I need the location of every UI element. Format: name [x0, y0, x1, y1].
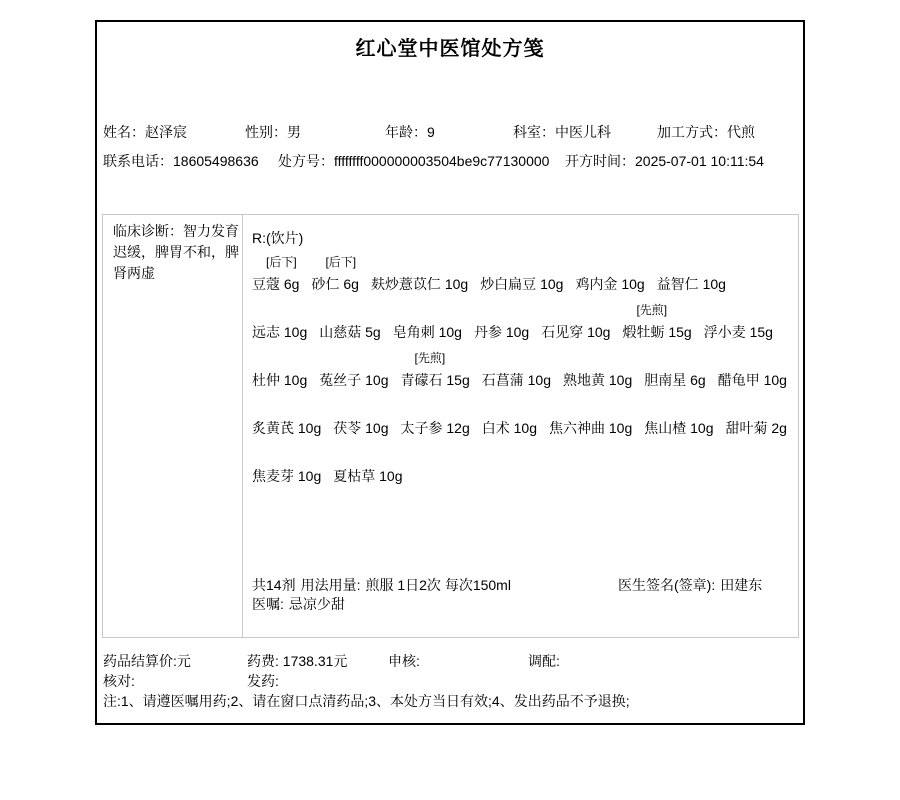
dispense-field: 发药:: [247, 671, 279, 691]
medicine-annotation: [333, 445, 402, 466]
department-field: 科室：中医儿科: [513, 122, 611, 142]
total-doses: 共14剂: [252, 577, 296, 593]
processing-method-value: 代煎: [727, 124, 755, 140]
medicine-annotation: [704, 301, 773, 322]
medicine-annotation: [541, 301, 610, 322]
medicine-item: 鸡内金 10g: [575, 253, 644, 294]
medicine-item: 茯苓 10g: [333, 397, 388, 438]
medicine-item: [后下]砂仁 6g: [311, 253, 358, 294]
medicine-annotation: [252, 301, 307, 322]
medicine-item: 焦六神曲 10g: [549, 397, 632, 438]
medicine-name-dose: 熟地黄 10g: [563, 370, 632, 390]
medicine-annotation: [482, 349, 551, 370]
clinical-diagnosis-label: 临床诊断: [113, 223, 169, 239]
medicine-annotation: [549, 397, 632, 418]
medicine-item: 菟丝子 10g: [319, 349, 388, 390]
medicine-fee-field: 药费: 1738.31元: [247, 651, 347, 671]
medicine-item: [后下]豆蔻 6g: [252, 253, 299, 294]
medicine-item: 丹参 10g: [474, 301, 529, 342]
prescription-number-label: 处方号: [278, 153, 320, 169]
patient-age-field: 年龄：9: [385, 122, 435, 142]
medicine-line: 焦麦芽 10g夏枯草 10g: [252, 445, 794, 493]
medicine-item: 胆南星 6g: [644, 349, 705, 390]
medicine-annotation: [后下]: [252, 253, 299, 274]
medicine-name-dose: 皂角刺 10g: [393, 322, 462, 342]
medicine-item: 夏枯草 10g: [333, 445, 402, 486]
medicine-annotation: [371, 253, 468, 274]
medicine-item: 益智仁 10g: [657, 253, 726, 294]
medicine-name-dose: 益智仁 10g: [657, 274, 726, 294]
medicine-name-dose: 太子参 12g: [401, 418, 470, 438]
medicine-annotation: [393, 301, 462, 322]
prescription-time-field: 开方时间：2025-07-01 10:11:54: [565, 151, 764, 171]
medicine-name-dose: 焦六神曲 10g: [549, 418, 632, 438]
medicine-item: 山慈菇 5g: [319, 301, 380, 342]
settlement-price-field: 药品结算价:元: [103, 651, 191, 671]
medicine-name-dose: 青礞石 15g: [401, 370, 470, 390]
review-field: 申核:: [388, 651, 420, 671]
patient-name-label: 姓名: [103, 124, 131, 140]
usage-value: 煎服 1日2次 每次150ml: [365, 577, 510, 593]
check-field: 核对:: [103, 671, 135, 691]
prescription-number-value: ffffffff000000003504be9c77130000: [334, 153, 549, 169]
medicine-item: 醋龟甲 10g: [718, 349, 787, 390]
medical-advice-value: 忌凉少甜: [289, 596, 345, 612]
medicine-annotation: [480, 253, 563, 274]
medicine-annotation: [319, 301, 380, 322]
contact-phone-value: 18605498636: [173, 153, 259, 169]
medical-advice-label: 医嘱:: [252, 596, 284, 612]
colon-separator: ：: [169, 223, 183, 239]
medicine-annotation: [726, 397, 787, 418]
medicine-item: 熟地黄 10g: [563, 349, 632, 390]
medicine-item: 皂角刺 10g: [393, 301, 462, 342]
medicine-annotation: [先煎]: [401, 349, 470, 370]
medicine-annotation: [482, 397, 537, 418]
diagnosis-column: 临床诊断：智力发育迟缓，脾胃不和，脾肾两虚: [103, 215, 243, 637]
medicine-item: 焦山楂 10g: [644, 397, 713, 438]
colon-separator: ：: [413, 124, 427, 140]
medicine-item: 麸炒薏苡仁 10g: [371, 253, 468, 294]
medical-advice: 医嘱:忌凉少甜: [252, 594, 345, 614]
medicine-name-dose: 夏枯草 10g: [333, 466, 402, 486]
medicine-annotation: [401, 397, 470, 418]
medicine-annotation: [657, 253, 726, 274]
medicine-name-dose: 石见穿 10g: [541, 322, 610, 342]
medicine-name-dose: 胆南星 6g: [644, 370, 705, 390]
medicine-name-dose: 远志 10g: [252, 322, 307, 342]
dosage-instructions: 共14剂用法用量:煎服 1日2次 每次150ml: [252, 575, 511, 595]
clinical-diagnosis: 临床诊断：智力发育迟缓，脾胃不和，脾肾两虚: [113, 221, 245, 284]
medicine-name-dose: 豆蔻 6g: [252, 274, 299, 294]
medicine-name-dose: 山慈菇 5g: [319, 322, 380, 342]
medicine-annotation: [252, 445, 321, 466]
medicine-item: 炙黄芪 10g: [252, 397, 321, 438]
medicine-annotation: [先煎]: [622, 301, 691, 322]
colon-separator: ：: [541, 124, 555, 140]
medicine-item: [先煎]青礞石 15g: [401, 349, 470, 390]
department-label: 科室: [513, 124, 541, 140]
prescription-number-field: 处方号：ffffffff000000003504be9c77130000: [278, 151, 549, 171]
medicine-name-dose: 浮小麦 15g: [704, 322, 773, 342]
medicine-name-dose: 麸炒薏苡仁 10g: [371, 274, 468, 294]
medicine-item: [先煎]煅牡蛎 15g: [622, 301, 691, 342]
medicine-name-dose: 茯苓 10g: [333, 418, 388, 438]
doctor-signature-label: 医生签名(签章):: [618, 577, 715, 593]
medicine-line: 炙黄芪 10g茯苓 10g太子参 12g白术 10g焦六神曲 10g焦山楂 10…: [252, 397, 794, 445]
medicine-name-dose: 杜仲 10g: [252, 370, 307, 390]
medicine-name-dose: 醋龟甲 10g: [718, 370, 787, 390]
doctor-signature: 医生签名(签章):田建东: [618, 575, 762, 595]
prescription-body-box: 临床诊断：智力发育迟缓，脾胃不和，脾肾两虚 R:(饮片) [后下]豆蔻 6g[后…: [102, 214, 799, 638]
medicine-name-dose: 白术 10g: [482, 418, 537, 438]
patient-age-label: 年龄: [385, 124, 413, 140]
medicine-annotation: [644, 349, 705, 370]
page-title: 红心堂中医馆处方笺: [97, 32, 803, 61]
medicine-item: 太子参 12g: [401, 397, 470, 438]
patient-age-value: 9: [427, 124, 435, 140]
medicine-annotation: [333, 397, 388, 418]
medicine-name-dose: 煅牡蛎 15g: [622, 322, 691, 342]
doctor-signature-name: 田建东: [720, 577, 762, 593]
patient-gender-label: 性别: [245, 124, 273, 140]
medicine-annotation: [718, 349, 787, 370]
colon-separator: ：: [273, 124, 287, 140]
patient-name-value: 赵泽宸: [145, 124, 187, 140]
prescription-time-value: 2025-07-01 10:11:54: [635, 153, 764, 169]
medicine-name-dose: 焦山楂 10g: [644, 418, 713, 438]
medicine-annotation: [575, 253, 644, 274]
usage-label: 用法用量:: [301, 577, 361, 593]
medicine-name-dose: 甜叶菊 2g: [726, 418, 787, 438]
prescription-page: 红心堂中医馆处方笺 姓名：赵泽宸 性别：男 年龄：9 科室：中医儿科 加工方式：…: [0, 0, 900, 800]
prepare-field: 调配:: [528, 651, 560, 671]
colon-separator: ：: [621, 153, 635, 169]
processing-method-field: 加工方式：代煎: [657, 122, 755, 142]
medicine-name-dose: 砂仁 6g: [311, 274, 358, 294]
colon-separator: ：: [713, 124, 727, 140]
medicine-item: 远志 10g: [252, 301, 307, 342]
medicine-annotation: [后下]: [311, 253, 358, 274]
colon-separator: ：: [159, 153, 173, 169]
medicine-name-dose: 石菖蒲 10g: [482, 370, 551, 390]
patient-gender-value: 男: [287, 124, 301, 140]
medicine-item: 甜叶菊 2g: [726, 397, 787, 438]
contact-phone-label: 联系电话: [103, 153, 159, 169]
medicine-annotation: [563, 349, 632, 370]
colon-separator: ：: [131, 124, 145, 140]
medicine-name-dose: 鸡内金 10g: [575, 274, 644, 294]
medicine-annotation: [252, 397, 321, 418]
medicine-line: 远志 10g山慈菇 5g皂角刺 10g丹参 10g石见穿 10g[先煎]煅牡蛎 …: [252, 301, 794, 349]
medicine-name-dose: 焦麦芽 10g: [252, 466, 321, 486]
medicine-item: 浮小麦 15g: [704, 301, 773, 342]
medicine-list: [后下]豆蔻 6g[后下]砂仁 6g麸炒薏苡仁 10g炒白扁豆 10g鸡内金 1…: [252, 253, 794, 493]
prescription-sheet: 红心堂中医馆处方笺 姓名：赵泽宸 性别：男 年龄：9 科室：中医儿科 加工方式：…: [95, 20, 805, 725]
medicine-item: 白术 10g: [482, 397, 537, 438]
medicine-annotation: [474, 301, 529, 322]
processing-method-label: 加工方式: [657, 124, 713, 140]
medicine-annotation: [319, 349, 388, 370]
footer-note: 注:1、请遵医嘱用药;2、请在窗口点清药品;3、本处方当日有效;4、发出药品不予…: [103, 691, 630, 711]
patient-name-field: 姓名：赵泽宸: [103, 122, 187, 142]
medicine-name-dose: 丹参 10g: [474, 322, 529, 342]
medicine-item: 焦麦芽 10g: [252, 445, 321, 486]
medicine-item: 石菖蒲 10g: [482, 349, 551, 390]
medicine-name-dose: 炙黄芪 10g: [252, 418, 321, 438]
department-value: 中医儿科: [555, 124, 611, 140]
medicine-line: [后下]豆蔻 6g[后下]砂仁 6g麸炒薏苡仁 10g炒白扁豆 10g鸡内金 1…: [252, 253, 794, 301]
medicine-annotation: [644, 397, 713, 418]
contact-phone-field: 联系电话：18605498636: [103, 151, 259, 171]
rx-label: R:(饮片): [252, 228, 303, 248]
medicine-item: 杜仲 10g: [252, 349, 307, 390]
medicine-annotation: [252, 349, 307, 370]
medicine-name-dose: 菟丝子 10g: [319, 370, 388, 390]
medicine-item: 炒白扁豆 10g: [480, 253, 563, 294]
medicine-item: 石见穿 10g: [541, 301, 610, 342]
colon-separator: ：: [320, 153, 334, 169]
medicine-name-dose: 炒白扁豆 10g: [480, 274, 563, 294]
medicine-line: 杜仲 10g菟丝子 10g[先煎]青礞石 15g石菖蒲 10g熟地黄 10g胆南…: [252, 349, 794, 397]
prescription-time-label: 开方时间: [565, 153, 621, 169]
patient-gender-field: 性别：男: [245, 122, 301, 142]
